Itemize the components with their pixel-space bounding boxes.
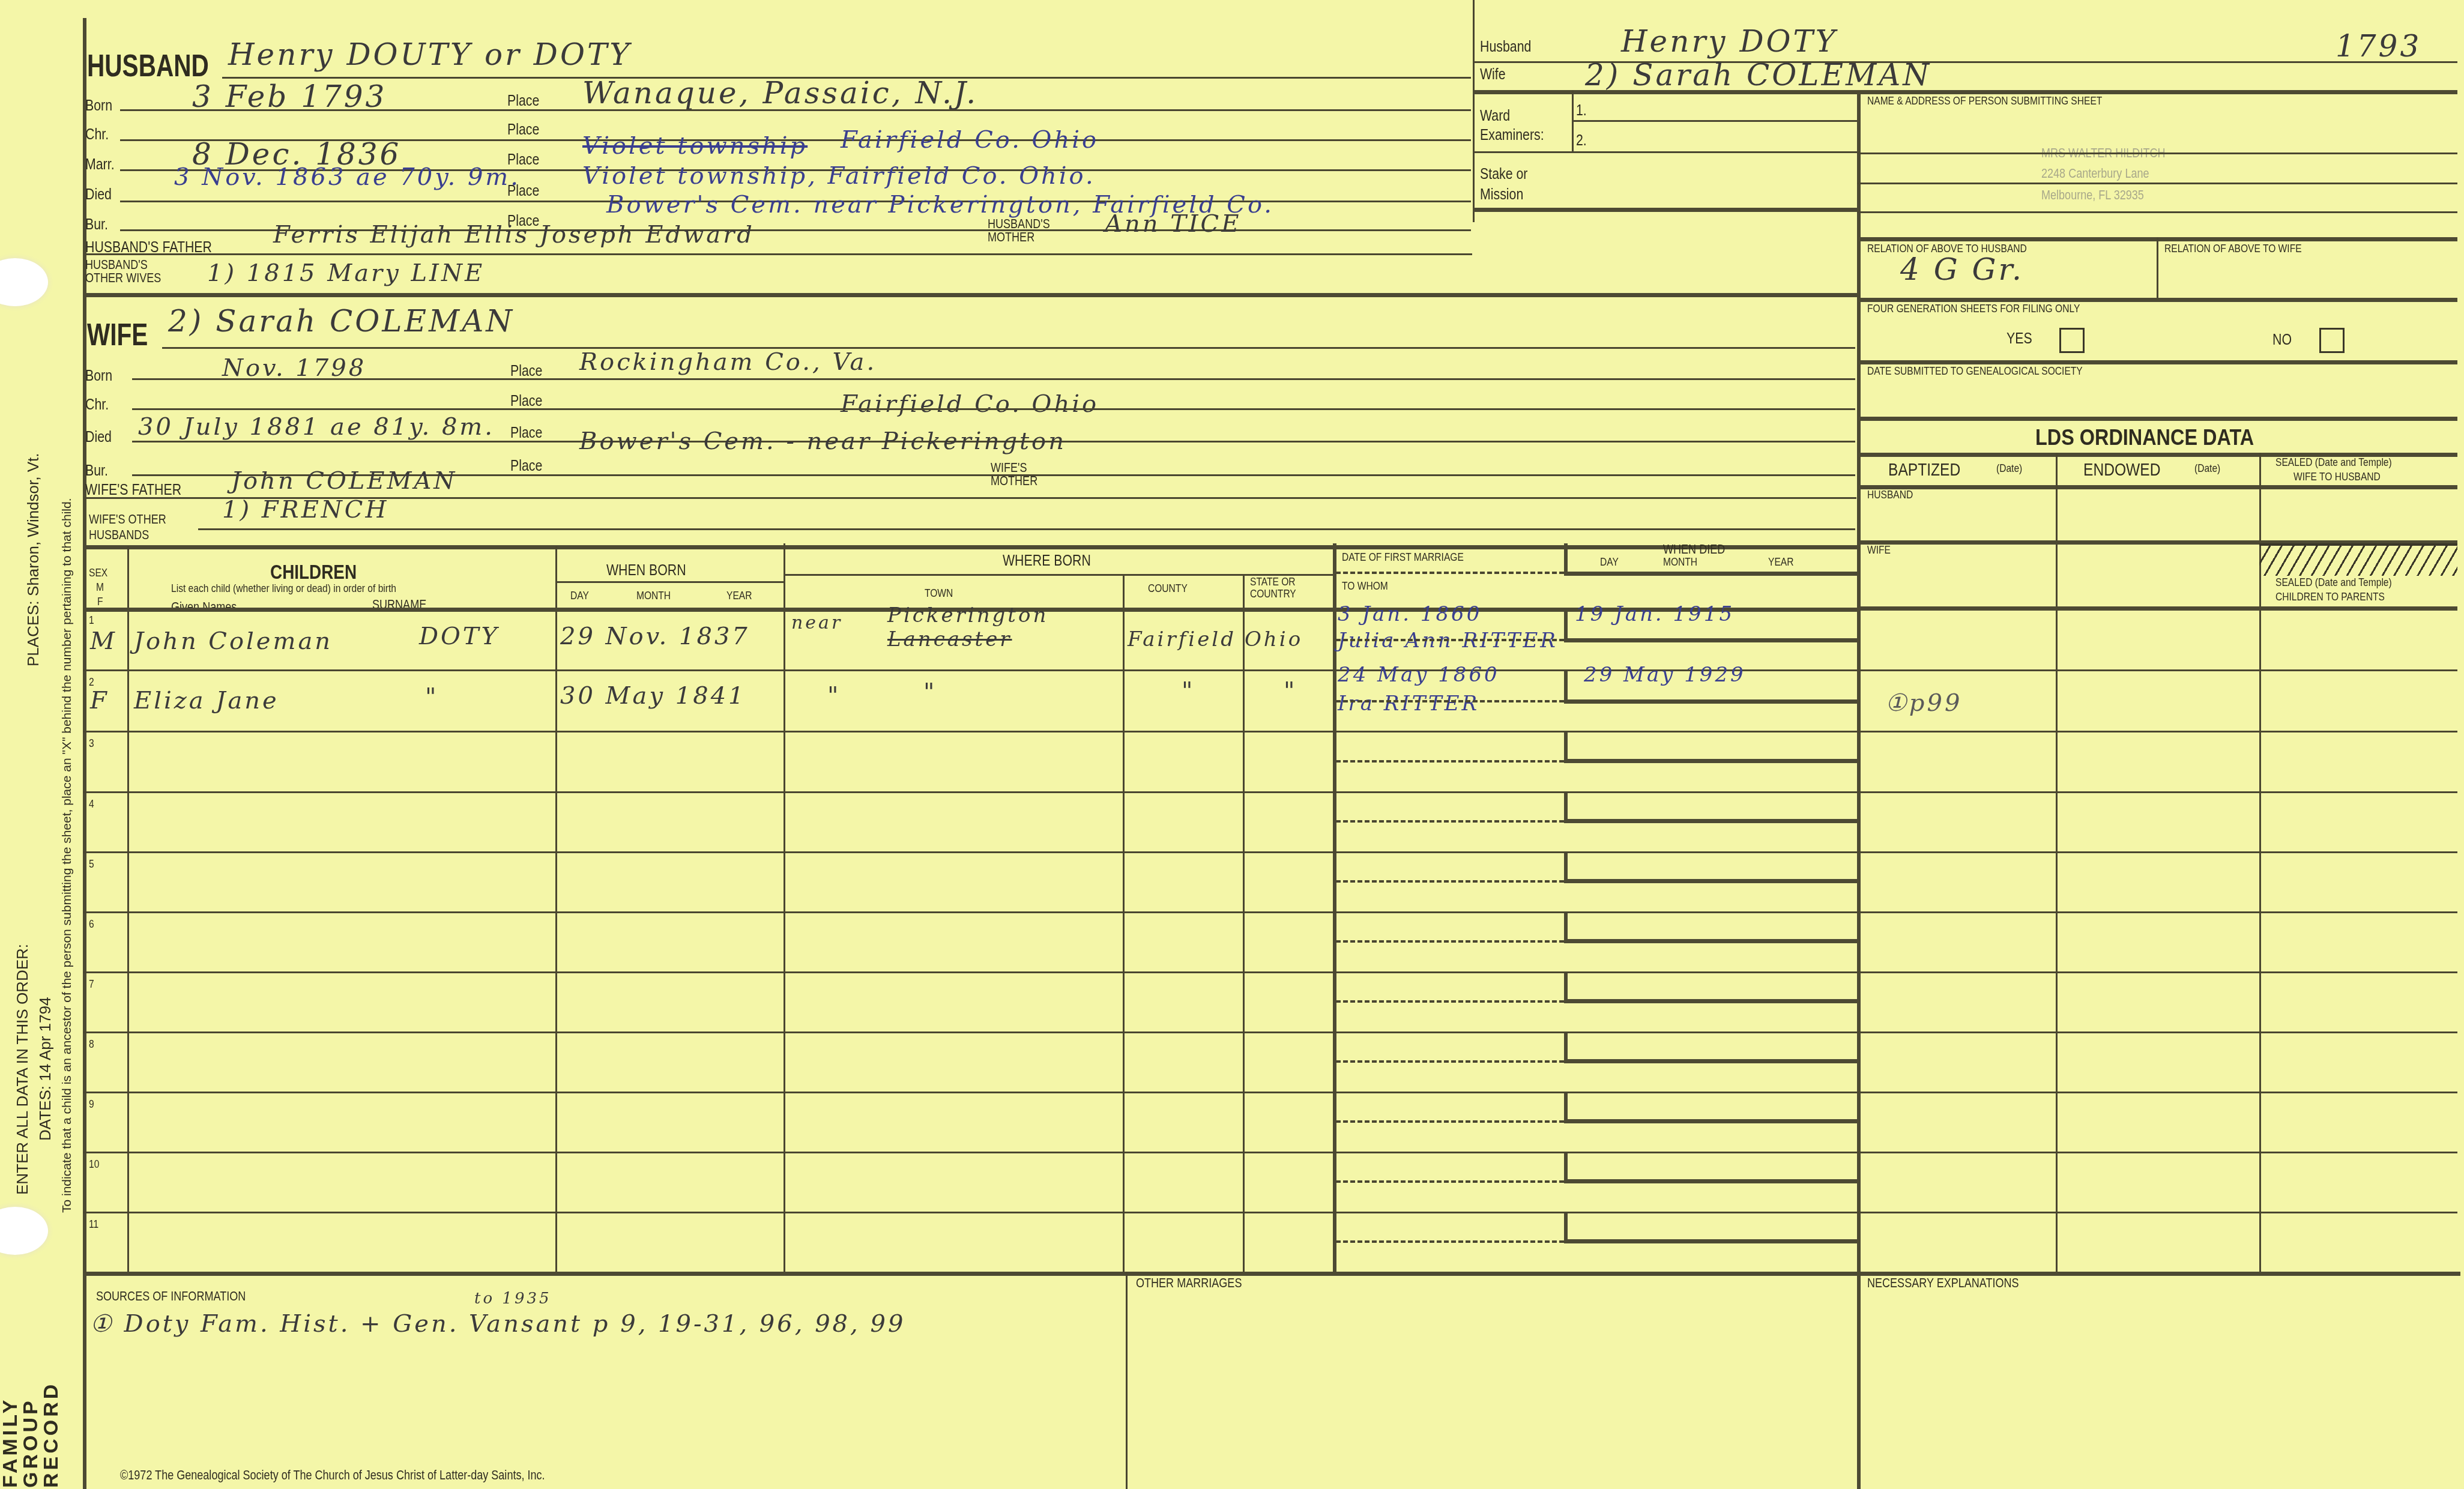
line bbox=[132, 408, 1855, 410]
yes-label: YES bbox=[2007, 329, 2032, 348]
sex-header-3: F bbox=[97, 596, 103, 609]
wife-other-husbands-label: WIFE'S OTHER HUSBANDS bbox=[89, 512, 187, 543]
child-sex[interactable]: F bbox=[90, 687, 109, 714]
husband-born-place-label: Place bbox=[507, 91, 539, 110]
row-number: 5 bbox=[89, 858, 94, 871]
sex-header-2: M bbox=[96, 581, 104, 594]
died-box-bottom bbox=[1564, 1179, 1857, 1183]
table-row: 4 bbox=[83, 793, 1857, 853]
marriage-dash bbox=[1336, 760, 1564, 763]
husband-died-place-label: Place bbox=[507, 181, 539, 200]
lds-endowed-date-hint: (Date) bbox=[2194, 462, 2220, 476]
marriage-dash bbox=[1336, 1060, 1564, 1063]
line bbox=[1857, 153, 2457, 154]
sources-value[interactable]: ① Doty Fam. Hist. + Gen. Vansant p 9, 19… bbox=[90, 1310, 905, 1338]
row-number: 10 bbox=[89, 1158, 99, 1171]
to-whom-header: TO WHOM bbox=[1342, 580, 1388, 593]
husband-bur-label: Bur. bbox=[85, 215, 108, 234]
died-box-bottom bbox=[1564, 999, 1857, 1003]
sex-header-1: SEX bbox=[89, 567, 107, 580]
row-number: 7 bbox=[89, 978, 94, 991]
yes-checkbox[interactable] bbox=[2059, 328, 2085, 353]
wife-bur-place-label: Place bbox=[510, 456, 542, 475]
child-marriage-date[interactable]: 3 Jan. 1860 bbox=[1338, 602, 1482, 626]
binder-hole-bottom bbox=[0, 1207, 48, 1255]
died-box-left bbox=[1564, 609, 1568, 641]
margin-enter-order: ENTER ALL DATA IN THIS ORDER: bbox=[13, 944, 32, 1195]
child-town[interactable]: Pickerington bbox=[887, 603, 1048, 627]
died-box-left bbox=[1564, 732, 1568, 761]
lds-husband-row-label: HUSBAND bbox=[1867, 489, 1913, 502]
town-header: TOWN bbox=[925, 587, 953, 600]
husband-other-wives-label: HUSBAND'S OTHER WIVES bbox=[85, 258, 184, 285]
summary-wife-label: Wife bbox=[1480, 65, 1506, 83]
examiner-1: 1. bbox=[1576, 101, 1587, 119]
child-died[interactable]: 19 Jan. 1915 bbox=[1575, 602, 1735, 626]
husband-father[interactable]: Ferris Elijah Ellis Joseph Edward bbox=[273, 221, 755, 249]
husband-heading: HUSBAND bbox=[87, 48, 209, 84]
line bbox=[1857, 485, 2457, 489]
wife-born-label: Born bbox=[85, 366, 112, 385]
first-marriage-header: DATE OF FIRST MARRIAGE bbox=[1342, 551, 1464, 564]
lds-sealed-wife-line2: WIFE TO HUSBAND bbox=[2293, 471, 2381, 484]
where-born-header: WHERE BORN bbox=[1003, 551, 1091, 570]
husband-died-place[interactable]: Violet township, Fairfield Co. Ohio. bbox=[582, 162, 1096, 190]
table-row: 9 bbox=[83, 1093, 1857, 1153]
lds-sealed-children-line2: CHILDREN TO PARENTS bbox=[2275, 591, 2385, 604]
lds-row-divider bbox=[1857, 791, 2457, 793]
lds-row-divider bbox=[1857, 1152, 2457, 1153]
died-box-left bbox=[1564, 1153, 1568, 1182]
row-number: 4 bbox=[89, 798, 94, 811]
submitter-stamp-line3: Melbourne, FL 32935 bbox=[2041, 187, 2144, 203]
line bbox=[1473, 90, 2457, 94]
husband-marr-place-struck[interactable]: Violet township bbox=[582, 132, 808, 160]
child-sex[interactable]: M bbox=[90, 627, 117, 655]
husband-born-label: Born bbox=[85, 96, 112, 115]
line bbox=[120, 109, 1471, 111]
child-surname[interactable]: " bbox=[425, 683, 438, 711]
lds-sealed-wife-line1: SEALED (Date and Temple) bbox=[2275, 456, 2392, 470]
died-box-bottom bbox=[1564, 939, 1857, 943]
husband-mother[interactable]: Ann TICE bbox=[1105, 210, 1241, 238]
summary-husband-value[interactable]: Henry DOTY bbox=[1621, 24, 1838, 59]
lds-hatched-area bbox=[2259, 543, 2457, 576]
child-surname[interactable]: DOTY bbox=[419, 623, 500, 650]
lds-row-divider bbox=[1857, 1092, 2457, 1093]
child-county[interactable]: Fairfield bbox=[1128, 627, 1236, 651]
children-subheader: List each child (whether living or dead)… bbox=[171, 582, 396, 596]
summary-left-border bbox=[1473, 0, 1475, 222]
wife-father-label: WIFE'S FATHER bbox=[85, 480, 181, 499]
summary-husband-label: Husband bbox=[1480, 37, 1531, 56]
husband-born-place[interactable]: Wanaque, Passaic, N.J. bbox=[582, 76, 978, 110]
row-number: 9 bbox=[89, 1098, 94, 1111]
line bbox=[198, 528, 1855, 530]
stake-mission-label: Stake or Mission bbox=[1480, 163, 1554, 204]
when-died-left bbox=[1564, 543, 1568, 573]
wife-died-date[interactable]: 30 July 1881 ae 81y. 8m. bbox=[138, 413, 495, 441]
copyright: ©1972 The Genealogical Society of The Ch… bbox=[120, 1467, 545, 1483]
lds-endowed-header: ENDOWED bbox=[2083, 460, 2160, 480]
died-box-bottom bbox=[1564, 699, 1857, 704]
wife-bur-label: Bur. bbox=[85, 461, 108, 480]
died-box-bottom bbox=[1564, 879, 1857, 883]
year-header: YEAR bbox=[726, 590, 752, 603]
month-header: MONTH bbox=[636, 590, 671, 603]
child-died[interactable]: 29 May 1929 bbox=[1584, 663, 1746, 687]
row-number: 6 bbox=[89, 918, 94, 931]
summary-wife-value[interactable]: 2) Sarah COLEMAN bbox=[1585, 58, 1931, 92]
margin-places-example: PLACES: Sharon, Windsor, Vt. bbox=[24, 453, 43, 667]
line bbox=[1473, 208, 1860, 212]
day-header: DAY bbox=[570, 590, 589, 603]
when-born-header: WHEN BORN bbox=[606, 561, 686, 579]
first-marriage-dash bbox=[1336, 572, 1564, 574]
other-marriages-label: OTHER MARRIAGES bbox=[1136, 1275, 1242, 1291]
died-box-bottom bbox=[1564, 819, 1857, 823]
wife-father[interactable]: John COLEMAN bbox=[231, 467, 457, 495]
marriage-dash bbox=[1336, 1240, 1564, 1243]
no-checkbox[interactable] bbox=[2319, 328, 2345, 353]
child-town[interactable]: " bbox=[923, 678, 937, 706]
line bbox=[85, 253, 1472, 255]
line bbox=[555, 581, 784, 583]
necessary-explanations-label: NECESSARY EXPLANATIONS bbox=[1867, 1275, 2019, 1291]
when-died-header: WHEN DIED bbox=[1663, 542, 1725, 557]
lds-baptized-header: BAPTIZED bbox=[1888, 460, 1960, 480]
lds-row-divider bbox=[1857, 911, 2457, 913]
table-row: 6 bbox=[83, 913, 1857, 973]
died-day-header: DAY bbox=[1600, 556, 1619, 569]
child-given[interactable]: Eliza Jane bbox=[134, 687, 279, 714]
four-gen-label: FOUR GENERATION SHEETS FOR FILING ONLY bbox=[1867, 303, 2080, 316]
child-state[interactable]: " bbox=[1284, 677, 1297, 705]
submitter-stamp-line2: 2248 Canterbury Lane bbox=[2041, 166, 2149, 181]
divider-footer bbox=[83, 1272, 2460, 1276]
summary-year[interactable]: 1793 bbox=[2336, 29, 2421, 64]
table-row: 10 bbox=[83, 1153, 1857, 1213]
lds-row-divider bbox=[1857, 1212, 2457, 1213]
line bbox=[1857, 183, 2457, 184]
lds-row-divider bbox=[1857, 669, 2457, 671]
died-box-left bbox=[1564, 913, 1568, 942]
marriage-dash bbox=[1336, 820, 1564, 823]
child-town-note[interactable]: " bbox=[827, 682, 841, 710]
husband-chr-label: Chr. bbox=[85, 125, 109, 143]
lds-row-divider bbox=[1857, 851, 2457, 853]
husband-chr-place-label: Place bbox=[507, 120, 539, 139]
table-row: 7 bbox=[83, 973, 1857, 1033]
no-label: NO bbox=[2272, 330, 2292, 349]
lds-row-divider bbox=[1857, 1031, 2457, 1033]
lds-wife-row-label: WIFE bbox=[1867, 544, 1891, 557]
table-row: 11 bbox=[83, 1213, 1857, 1273]
lds-title: LDS ORDINANCE DATA bbox=[2035, 425, 2254, 450]
marriage-dash bbox=[1336, 940, 1564, 943]
divider-wife-children bbox=[83, 545, 1857, 549]
ward-examiners-label: Ward Examiners: bbox=[1480, 106, 1554, 144]
line bbox=[1473, 151, 1860, 153]
died-box-left bbox=[1564, 853, 1568, 882]
wife-died-place-label: Place bbox=[510, 423, 542, 442]
child-county[interactable]: " bbox=[1182, 677, 1195, 705]
line bbox=[1857, 298, 2457, 302]
lds-child-note-2[interactable]: ①p99 bbox=[1885, 689, 1962, 717]
wife-other-husbands[interactable]: 1) FRENCH bbox=[222, 496, 388, 524]
husband-died-date[interactable]: 3 Nov. 1863 ae 70y. 9m. bbox=[174, 163, 521, 191]
wife-born-place-label: Place bbox=[510, 361, 542, 380]
row-number: 8 bbox=[89, 1038, 94, 1051]
relation-divider bbox=[2157, 237, 2158, 298]
died-box-bottom bbox=[1564, 638, 1857, 642]
line bbox=[1857, 360, 2457, 364]
died-box-bottom bbox=[1564, 1059, 1857, 1063]
husband-other-wives[interactable]: 1) 1815 Mary LINE bbox=[207, 259, 485, 287]
died-box-bottom bbox=[1564, 1239, 1857, 1243]
died-month-header: MONTH bbox=[1663, 556, 1697, 569]
child-born[interactable]: 29 Nov. 1837 bbox=[560, 623, 750, 650]
binder-hole-top bbox=[0, 258, 48, 306]
state-header: STATE OR COUNTRY bbox=[1250, 576, 1309, 600]
examiner-2: 2. bbox=[1576, 131, 1587, 150]
died-box-left bbox=[1564, 1033, 1568, 1062]
child-given[interactable]: John Coleman bbox=[134, 627, 333, 655]
table-row: 5 bbox=[83, 853, 1857, 913]
date-submitted-label: DATE SUBMITTED TO GENEALOGICAL SOCIETY bbox=[1867, 365, 2083, 378]
relation-wife-label: RELATION OF ABOVE TO WIFE bbox=[2164, 243, 2302, 256]
marriage-dash bbox=[1336, 1120, 1564, 1123]
marriage-dash bbox=[1336, 639, 1564, 641]
table-row: 8 bbox=[83, 1033, 1857, 1093]
margin-dates-example: DATES: 14 Apr 1794 bbox=[36, 997, 55, 1141]
line bbox=[162, 347, 1855, 349]
husband-marr-place[interactable]: Fairfield Co. Ohio bbox=[841, 126, 1099, 154]
wife-chr-label: Chr. bbox=[85, 395, 109, 414]
child-state[interactable]: Ohio bbox=[1245, 627, 1303, 651]
lds-row-divider bbox=[1857, 971, 2457, 973]
died-box-left bbox=[1564, 1213, 1568, 1242]
line bbox=[132, 378, 1855, 380]
row-number: 3 bbox=[89, 737, 94, 751]
husband-name[interactable]: Henry DOUTY or DOTY bbox=[228, 37, 632, 72]
wife-died-label: Died bbox=[85, 427, 112, 446]
children-header: CHILDREN bbox=[270, 561, 357, 584]
relation-husband-value[interactable]: 4 G Gr. bbox=[1900, 252, 2024, 287]
other-marriages-divider bbox=[1126, 1272, 1128, 1489]
husband-mother-label: HUSBAND'S MOTHER bbox=[988, 217, 1066, 244]
sources-superscript[interactable]: to 1935 bbox=[474, 1290, 552, 1308]
wife-bur-place[interactable]: Bower's Cem. - near Pickerington bbox=[579, 427, 1066, 455]
submitter-label: NAME & ADDRESS OF PERSON SUBMITTING SHEE… bbox=[1867, 95, 2102, 108]
margin-ancestor-note: To indicate that a child is an ancestor … bbox=[60, 498, 74, 1213]
child-town-note[interactable]: near bbox=[791, 612, 842, 633]
line bbox=[1857, 417, 2457, 421]
lds-sealed-children-line1: SEALED (Date and Temple) bbox=[2275, 576, 2392, 590]
lds-row-divider bbox=[1857, 731, 2457, 732]
wife-born-place[interactable]: Rockingham Co., Va. bbox=[579, 348, 877, 376]
wife-heading: WIFE bbox=[87, 317, 148, 353]
child-born[interactable]: 30 May 1841 bbox=[560, 682, 746, 710]
died-box-bottom bbox=[1564, 1119, 1857, 1123]
divider-husband-wife bbox=[83, 293, 1857, 297]
marriage-dash bbox=[1336, 1000, 1564, 1003]
died-box-left bbox=[1564, 973, 1568, 1002]
sources-label: SOURCES OF INFORMATION bbox=[96, 1288, 246, 1304]
died-year-header: YEAR bbox=[1768, 556, 1793, 569]
line bbox=[1564, 572, 1857, 576]
county-header: COUNTY bbox=[1148, 582, 1188, 596]
wife-chr-place-label: Place bbox=[510, 391, 542, 410]
marriage-dash bbox=[1336, 1180, 1564, 1183]
line bbox=[1857, 606, 2457, 611]
died-box-left bbox=[1564, 1093, 1568, 1122]
line bbox=[1857, 211, 2457, 213]
lds-baptized-date-hint: (Date) bbox=[1996, 462, 2022, 476]
row-number: 11 bbox=[89, 1218, 98, 1231]
line bbox=[1572, 120, 1860, 122]
child-spouse[interactable]: Ira RITTER bbox=[1338, 692, 1479, 716]
husband-died-label: Died bbox=[85, 185, 112, 204]
died-box-left bbox=[1564, 793, 1568, 822]
form-title: FAMILY GROUP RECORD bbox=[0, 1344, 61, 1488]
died-box-left bbox=[1564, 671, 1568, 701]
wife-mother-label: WIFE'S MOTHER bbox=[991, 461, 1055, 488]
wife-died-place[interactable]: Fairfield Co. Ohio bbox=[841, 390, 1099, 418]
died-box-bottom bbox=[1564, 759, 1857, 763]
child-town-struck[interactable]: Lancaster bbox=[887, 627, 1012, 651]
child-marriage-date[interactable]: 24 May 1860 bbox=[1338, 663, 1500, 687]
marriage-dash bbox=[1336, 880, 1564, 883]
husband-marr-label: Marr. bbox=[85, 155, 115, 174]
row-number: 1 bbox=[89, 614, 94, 627]
marriage-dash bbox=[1336, 700, 1564, 702]
wife-name[interactable]: 2) Sarah COLEMAN bbox=[168, 304, 515, 339]
